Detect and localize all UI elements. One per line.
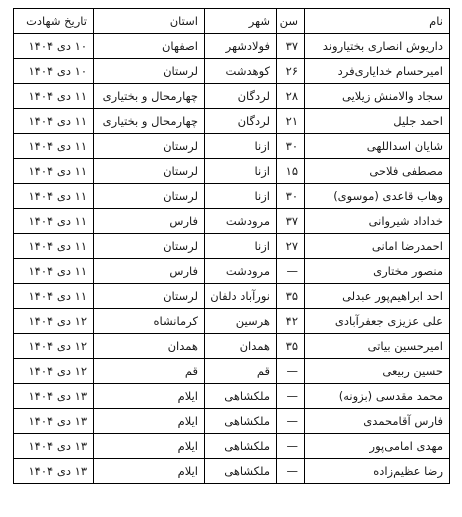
- cell-date: ۱۱ دی ۱۴۰۴: [14, 209, 94, 234]
- cell-province: اصفهان: [94, 34, 205, 59]
- cell-age: —: [277, 384, 305, 409]
- cell-name: احد ابراهیم‌پور عبدلی: [305, 284, 450, 309]
- cell-province: چهارمحال و بختیاری: [94, 84, 205, 109]
- cell-age: ۲۷: [277, 234, 305, 259]
- cell-city: ملکشاهی: [205, 434, 277, 459]
- cell-age: —: [277, 359, 305, 384]
- cell-date: ۱۳ دی ۱۴۰۴: [14, 434, 94, 459]
- cell-age: ۳۷: [277, 209, 305, 234]
- cell-province: فارس: [94, 209, 205, 234]
- cell-city: ازنا: [205, 134, 277, 159]
- column-header-city: شهر: [205, 9, 277, 34]
- cell-province: لرستان: [94, 284, 205, 309]
- cell-city: ازنا: [205, 234, 277, 259]
- cell-name: علی عزیزی جعفرآبادی: [305, 309, 450, 334]
- cell-date: ۱۱ دی ۱۴۰۴: [14, 84, 94, 109]
- cell-name: منصور مختاری: [305, 259, 450, 284]
- cell-age: ۴۲: [277, 309, 305, 334]
- cell-name: مهدی امامی‌پور: [305, 434, 450, 459]
- table-row: داریوش انصاری بختیاروند ۳۷ فولادشهر اصفه…: [14, 34, 450, 59]
- cell-name: فارس آقامحمدی: [305, 409, 450, 434]
- cell-city: همدان: [205, 334, 277, 359]
- cell-city: کوهدشت: [205, 59, 277, 84]
- cell-province: ایلام: [94, 384, 205, 409]
- table-body: داریوش انصاری بختیاروند ۳۷ فولادشهر اصفه…: [14, 34, 450, 484]
- cell-date: ۱۱ دی ۱۴۰۴: [14, 284, 94, 309]
- cell-date: ۱۱ دی ۱۴۰۴: [14, 159, 94, 184]
- table-row: احد ابراهیم‌پور عبدلی ۳۵ نورآباد دلفان ل…: [14, 284, 450, 309]
- cell-age: —: [277, 409, 305, 434]
- cell-age: ۳۵: [277, 334, 305, 359]
- cell-date: ۱۳ دی ۱۴۰۴: [14, 384, 94, 409]
- cell-name: خداداد شیروانی: [305, 209, 450, 234]
- martyrs-table: نام سن شهر استان تاریخ شهادت داریوش انصا…: [13, 8, 450, 484]
- cell-date: ۱۲ دی ۱۴۰۴: [14, 334, 94, 359]
- table-row: احمد جلیل ۲۱ لردگان چهارمحال و بختیاری ۱…: [14, 109, 450, 134]
- column-header-age: سن: [277, 9, 305, 34]
- table-row: امیرحسین بیاتی ۳۵ همدان همدان ۱۲ دی ۱۴۰۴: [14, 334, 450, 359]
- cell-date: ۱۱ دی ۱۴۰۴: [14, 109, 94, 134]
- cell-name: احمدرضا امانی: [305, 234, 450, 259]
- cell-city: فولادشهر: [205, 34, 277, 59]
- cell-province: لرستان: [94, 184, 205, 209]
- table-row: فارس آقامحمدی — ملکشاهی ایلام ۱۳ دی ۱۴۰۴: [14, 409, 450, 434]
- cell-date: ۱۳ دی ۱۴۰۴: [14, 459, 94, 484]
- table-row: منصور مختاری — مرودشت فارس ۱۱ دی ۱۴۰۴: [14, 259, 450, 284]
- cell-name: داریوش انصاری بختیاروند: [305, 34, 450, 59]
- cell-city: ازنا: [205, 159, 277, 184]
- cell-province: لرستان: [94, 159, 205, 184]
- header-row: نام سن شهر استان تاریخ شهادت: [14, 9, 450, 34]
- cell-name: سجاد والامنش زیلایی: [305, 84, 450, 109]
- cell-name: مصطفی فلاحی: [305, 159, 450, 184]
- table-row: علی عزیزی جعفرآبادی ۴۲ هرسین کرمانشاه ۱۲…: [14, 309, 450, 334]
- cell-name: احمد جلیل: [305, 109, 450, 134]
- cell-name: امیرحسام خدایاری‌فرد: [305, 59, 450, 84]
- page: نام سن شهر استان تاریخ شهادت داریوش انصا…: [0, 0, 462, 484]
- cell-date: ۱۰ دی ۱۴۰۴: [14, 59, 94, 84]
- cell-date: ۱۲ دی ۱۴۰۴: [14, 359, 94, 384]
- table-row: شایان اسداللهی ۳۰ ازنا لرستان ۱۱ دی ۱۴۰۴: [14, 134, 450, 159]
- cell-city: هرسین: [205, 309, 277, 334]
- cell-city: ازنا: [205, 184, 277, 209]
- table-row: امیرحسام خدایاری‌فرد ۲۶ کوهدشت لرستان ۱۰…: [14, 59, 450, 84]
- cell-province: لرستان: [94, 134, 205, 159]
- table-header: نام سن شهر استان تاریخ شهادت: [14, 9, 450, 34]
- cell-age: ۲۱: [277, 109, 305, 134]
- cell-name: وهاب قاعدی (موسوی): [305, 184, 450, 209]
- cell-province: لرستان: [94, 59, 205, 84]
- cell-province: فارس: [94, 259, 205, 284]
- table-row: وهاب قاعدی (موسوی) ۳۰ ازنا لرستان ۱۱ دی …: [14, 184, 450, 209]
- column-header-date: تاریخ شهادت: [14, 9, 94, 34]
- cell-name: امیرحسین بیاتی: [305, 334, 450, 359]
- cell-city: ملکشاهی: [205, 409, 277, 434]
- cell-city: ملکشاهی: [205, 384, 277, 409]
- cell-province: چهارمحال و بختیاری: [94, 109, 205, 134]
- cell-city: قم: [205, 359, 277, 384]
- table-row: رضا عظیم‌زاده — ملکشاهی ایلام ۱۳ دی ۱۴۰۴: [14, 459, 450, 484]
- cell-city: مرودشت: [205, 259, 277, 284]
- cell-date: ۱۱ دی ۱۴۰۴: [14, 234, 94, 259]
- cell-date: ۱۰ دی ۱۴۰۴: [14, 34, 94, 59]
- cell-name: رضا عظیم‌زاده: [305, 459, 450, 484]
- cell-city: ملکشاهی: [205, 459, 277, 484]
- cell-age: ۲۸: [277, 84, 305, 109]
- cell-age: —: [277, 459, 305, 484]
- cell-province: ایلام: [94, 434, 205, 459]
- table-row: محمد مقدسی (بزونه) — ملکشاهی ایلام ۱۳ دی…: [14, 384, 450, 409]
- cell-province: قم: [94, 359, 205, 384]
- cell-age: ۳۰: [277, 184, 305, 209]
- cell-city: نورآباد دلفان: [205, 284, 277, 309]
- cell-age: ۳۰: [277, 134, 305, 159]
- cell-date: ۱۱ دی ۱۴۰۴: [14, 134, 94, 159]
- cell-name: حسین ربیعی: [305, 359, 450, 384]
- cell-age: ۲۶: [277, 59, 305, 84]
- cell-date: ۱۱ دی ۱۴۰۴: [14, 259, 94, 284]
- cell-city: مرودشت: [205, 209, 277, 234]
- table-row: سجاد والامنش زیلایی ۲۸ لردگان چهارمحال و…: [14, 84, 450, 109]
- table-row: حسین ربیعی — قم قم ۱۲ دی ۱۴۰۴: [14, 359, 450, 384]
- cell-age: —: [277, 434, 305, 459]
- cell-date: ۱۱ دی ۱۴۰۴: [14, 184, 94, 209]
- cell-province: لرستان: [94, 234, 205, 259]
- table-row: مصطفی فلاحی ۱۵ ازنا لرستان ۱۱ دی ۱۴۰۴: [14, 159, 450, 184]
- cell-province: ایلام: [94, 459, 205, 484]
- cell-date: ۱۳ دی ۱۴۰۴: [14, 409, 94, 434]
- table-row: مهدی امامی‌پور — ملکشاهی ایلام ۱۳ دی ۱۴۰…: [14, 434, 450, 459]
- cell-age: ۱۵: [277, 159, 305, 184]
- cell-city: لردگان: [205, 109, 277, 134]
- column-header-province: استان: [94, 9, 205, 34]
- cell-province: کرمانشاه: [94, 309, 205, 334]
- cell-age: ۳۷: [277, 34, 305, 59]
- table-row: خداداد شیروانی ۳۷ مرودشت فارس ۱۱ دی ۱۴۰۴: [14, 209, 450, 234]
- cell-age: —: [277, 259, 305, 284]
- table-row: احمدرضا امانی ۲۷ ازنا لرستان ۱۱ دی ۱۴۰۴: [14, 234, 450, 259]
- cell-date: ۱۲ دی ۱۴۰۴: [14, 309, 94, 334]
- cell-name: شایان اسداللهی: [305, 134, 450, 159]
- cell-name: محمد مقدسی (بزونه): [305, 384, 450, 409]
- cell-province: ایلام: [94, 409, 205, 434]
- column-header-name: نام: [305, 9, 450, 34]
- cell-city: لردگان: [205, 84, 277, 109]
- cell-province: همدان: [94, 334, 205, 359]
- cell-age: ۳۵: [277, 284, 305, 309]
